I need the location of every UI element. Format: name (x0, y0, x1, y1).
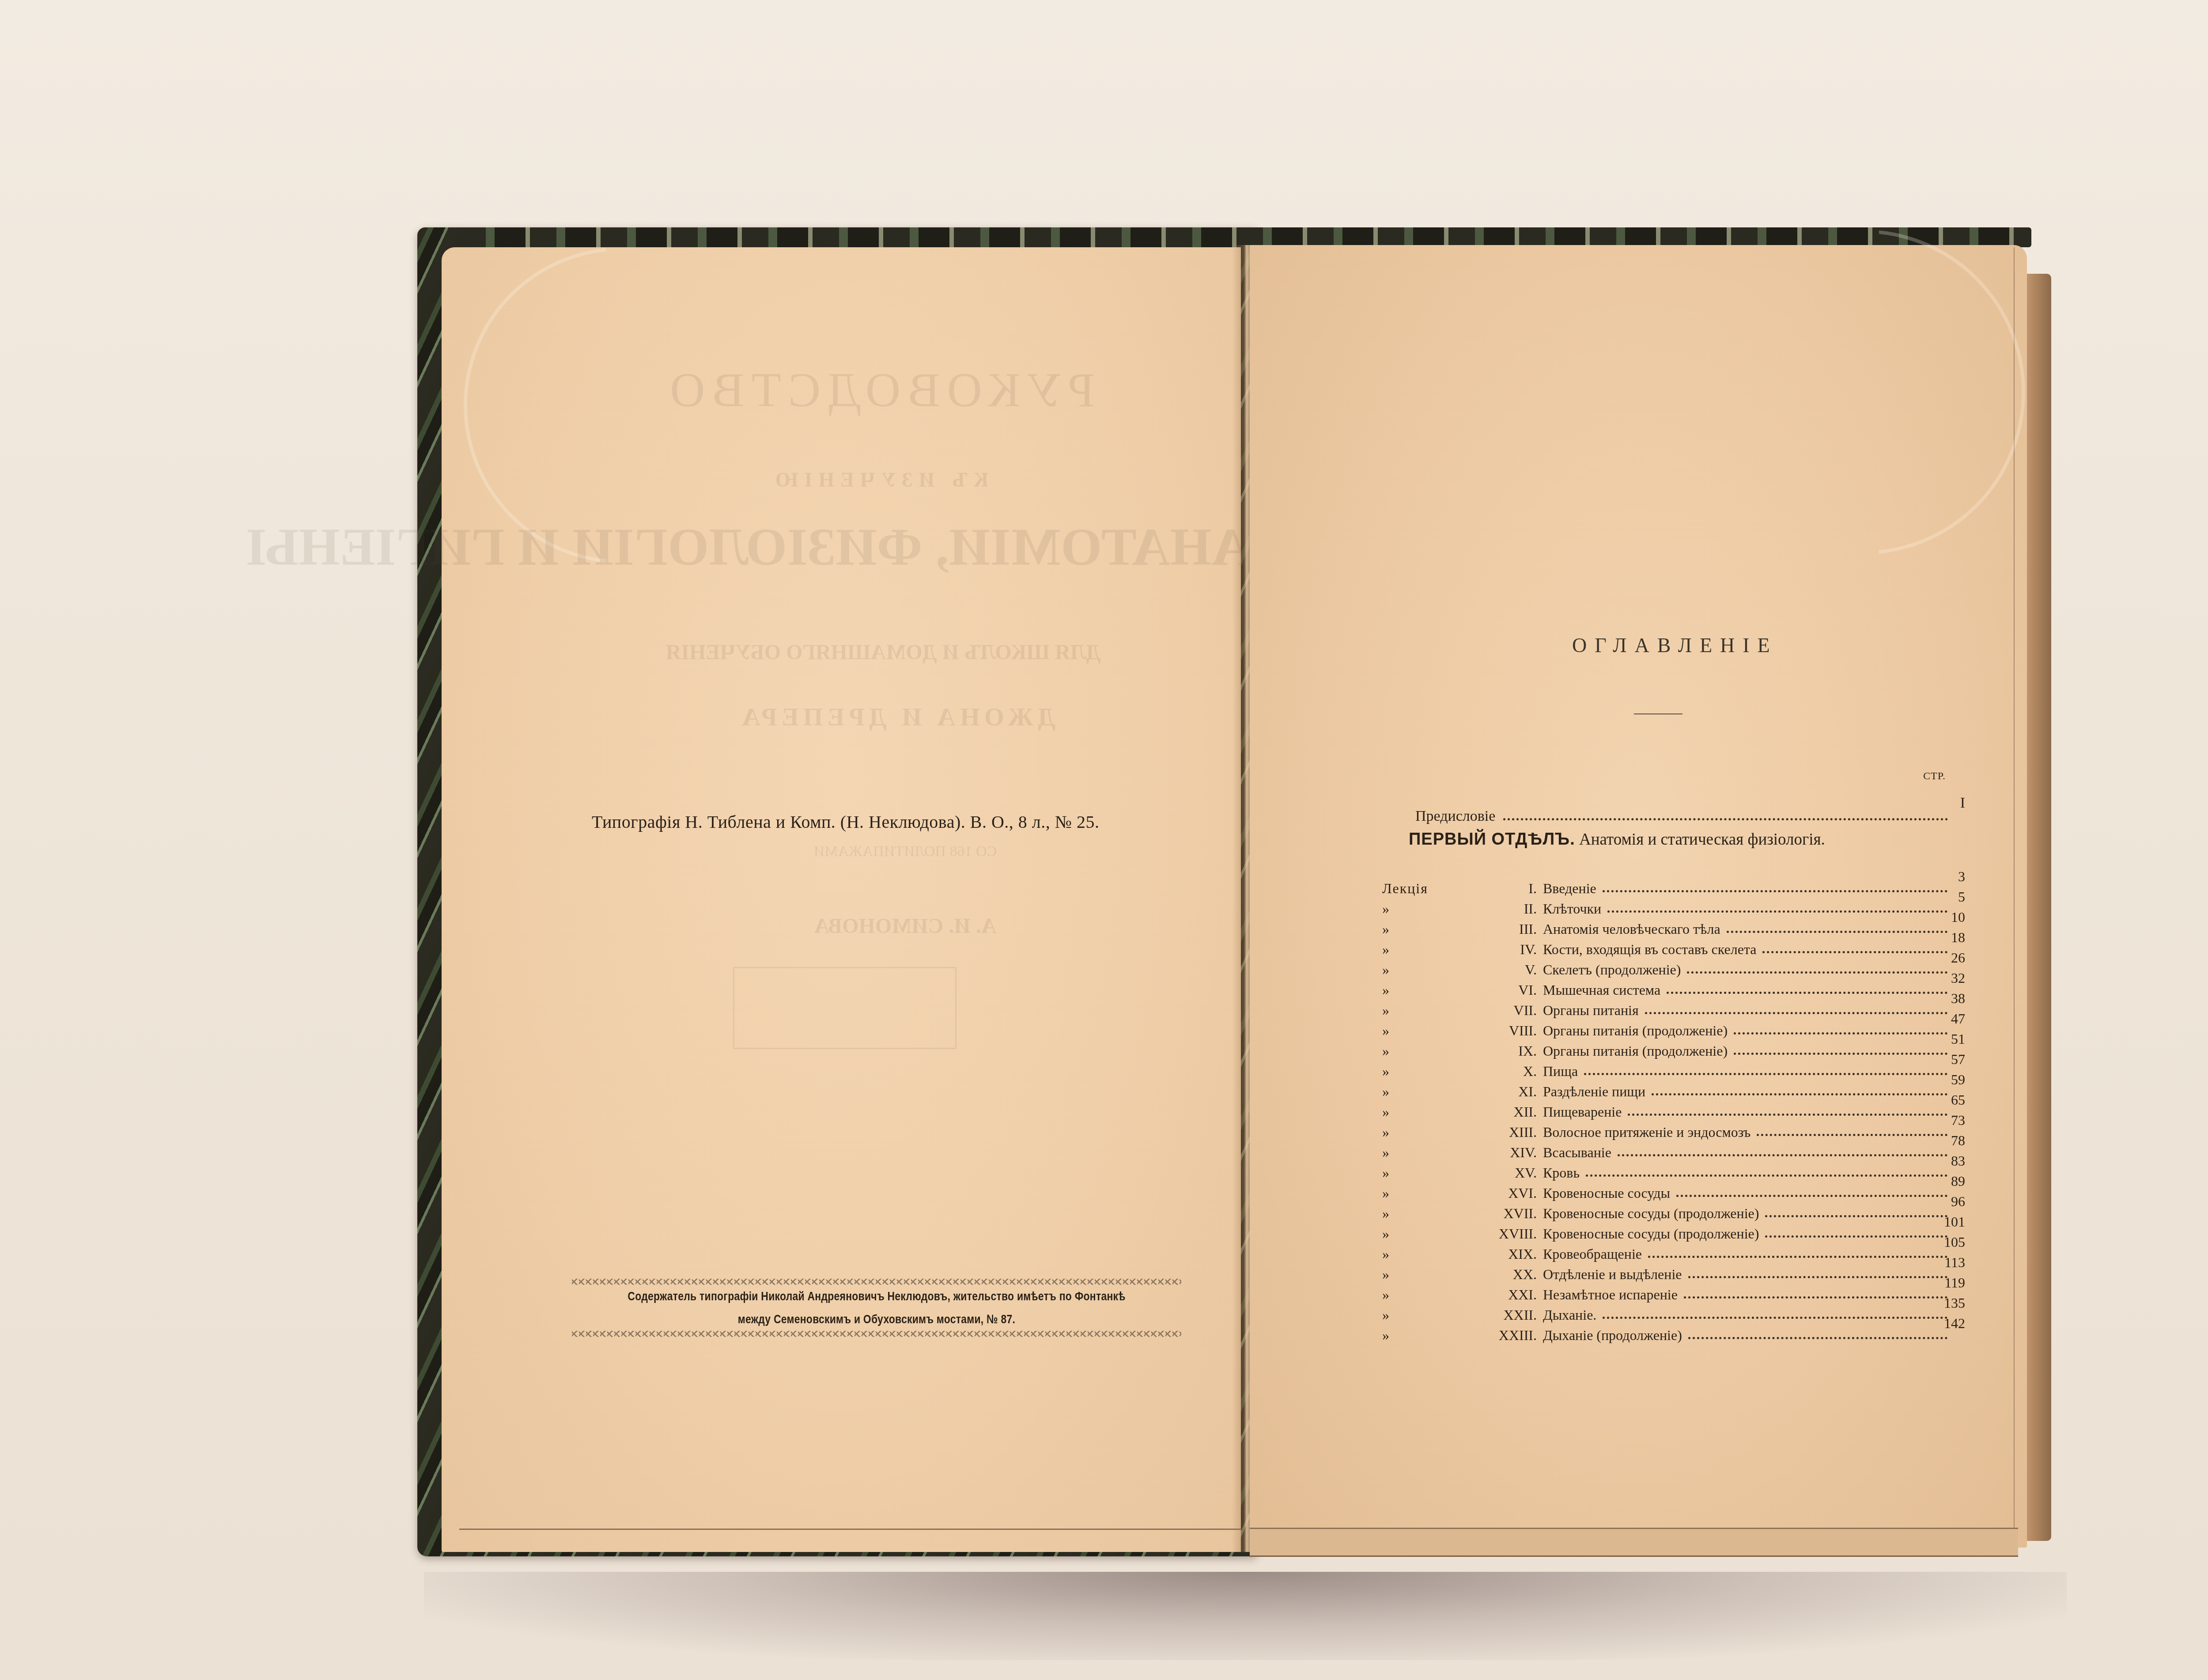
toc-entry-page: 47 (1934, 1011, 1965, 1027)
toc-entry-page: 142 (1934, 1315, 1965, 1332)
toc-entry-title: Скелетъ (продолженіе) (1543, 962, 1681, 978)
lecture-number: XXI. (1457, 1287, 1543, 1303)
toc-entry[interactable]: »XVI.Кровеносные сосуды89 (1382, 1181, 1965, 1201)
toc-entry[interactable]: »XIV.Всасываніе78 (1382, 1140, 1965, 1161)
leader-dots (1734, 1053, 1947, 1055)
toc-entry[interactable]: »IX.Органы питанія (продолженіе)51 (1382, 1039, 1965, 1059)
lecture-label: » (1382, 1104, 1457, 1120)
lecture-number: XXIII. (1457, 1327, 1543, 1344)
toc-entry-title: Дыханіе (продолженіе) (1543, 1327, 1682, 1344)
leader-dots (1676, 1195, 1947, 1197)
leader-dots (1757, 1134, 1947, 1136)
section-heading: ПЕРВЫЙ ОТДѢЛЪ. Анатомія и статическая фи… (1409, 830, 1825, 849)
toc-entry-page: 18 (1934, 929, 1965, 946)
toc-entry[interactable]: »XVIII.Кровеносные сосуды (продолженіе)1… (1382, 1222, 1965, 1242)
toc-entry-title: Кровеносные сосуды (1543, 1185, 1670, 1201)
lecture-number: XVIII. (1457, 1226, 1543, 1242)
toc-entry[interactable]: »XVII.Кровеносные сосуды (продолженіе)96 (1382, 1201, 1965, 1222)
toc-entry[interactable]: »VII.Органы питанія38 (1382, 998, 1965, 1019)
toc-entry[interactable]: »IV.Кости, входящія въ составъ скелета18 (1382, 937, 1965, 958)
lecture-label: » (1382, 1327, 1457, 1344)
lecture-number: XVI. (1457, 1185, 1543, 1201)
bleed-through-stamp (733, 967, 957, 1049)
leader-dots (1586, 1174, 1947, 1177)
toc-entry-page: 10 (1934, 909, 1965, 925)
toc-entry[interactable]: »XII.Пищевареніе65 (1382, 1100, 1965, 1120)
leader-dots (1584, 1073, 1947, 1075)
leader-dots (1684, 1296, 1947, 1299)
toc-entry-title: Волосное притяженіе и эндосмозъ (1543, 1124, 1751, 1140)
bleed-through-line: КЪ ИЗУЧЕНІЮ (658, 468, 1100, 491)
toc-entry-title: Кровеносные сосуды (продолженіе) (1543, 1226, 1759, 1242)
toc-entry-page: 113 (1934, 1254, 1965, 1271)
lecture-number: IX. (1457, 1043, 1543, 1059)
bleed-through-line: ДЛЯ ШКОЛЪ И ДОМАШНЯГО ОБУЧЕНІЯ (618, 640, 1148, 664)
lecture-label: » (1382, 1287, 1457, 1303)
lecture-number: XVII. (1457, 1205, 1543, 1222)
toc-entry-page: 65 (1934, 1092, 1965, 1108)
toc-entry[interactable]: »VI.Мышечная система32 (1382, 978, 1965, 998)
lecture-number: XIV. (1457, 1144, 1543, 1161)
leader-dots (1645, 1012, 1947, 1014)
lecture-label: » (1382, 1205, 1457, 1222)
toc-heading: ОГЛАВЛЕНІЕ (1572, 634, 1718, 657)
toc-entry-page: 26 (1934, 950, 1965, 966)
toc-entry-title: Органы питанія (продолженіе) (1543, 1043, 1728, 1059)
lecture-number: XX. (1457, 1266, 1543, 1283)
toc-entry-page: 32 (1934, 970, 1965, 986)
toc-entry-page: 57 (1934, 1051, 1965, 1068)
leader-dots (1607, 910, 1947, 913)
lecture-number: XXII. (1457, 1307, 1543, 1323)
section-subtitle: Анатомія и статическая физіологія. (1579, 831, 1825, 849)
toc-entry[interactable]: »XI.Раздѣленіе пищи59 (1382, 1080, 1965, 1100)
toc-entry-title: Пища (1543, 1063, 1578, 1080)
toc-entry-page: 89 (1934, 1173, 1965, 1189)
leader-dots (1688, 1276, 1948, 1278)
leader-dots (1652, 1093, 1947, 1095)
book-shadow (424, 1572, 2067, 1660)
lecture-number: X. (1457, 1063, 1543, 1080)
lecture-label: » (1382, 1043, 1457, 1059)
leader-dots (1688, 1337, 1947, 1339)
toc-entry-page: 105 (1934, 1234, 1965, 1250)
toc-list: ЛекціяI.Введеніе3 »II.Клѣточки5 »III.Ана… (1382, 876, 1965, 1344)
toc-entry-title: Введеніе (1543, 880, 1596, 897)
lecture-number: VII. (1457, 1002, 1543, 1019)
toc-entry[interactable]: »II.Клѣточки5 (1382, 897, 1965, 917)
lecture-number: XIX. (1457, 1246, 1543, 1262)
colophon: Содержатель типографіи Николай Андреянов… (572, 1279, 1181, 1337)
lecture-number: I. (1457, 880, 1543, 897)
leader-dots (1762, 951, 1947, 953)
left-page-fold-line (459, 1529, 1241, 1530)
toc-entry-title: Раздѣленіе пищи (1543, 1084, 1645, 1100)
toc-entry-page: 51 (1934, 1031, 1965, 1047)
toc-entry[interactable]: »III.Анатомія человѣческаго тѣла10 (1382, 917, 1965, 937)
toc-entry-title: Отдѣленіе и выдѣленіе (1543, 1266, 1682, 1283)
right-page-bottom-edges (1250, 1528, 2018, 1557)
toc-entry[interactable]: »XXII.Дыханіе.135 (1382, 1303, 1965, 1323)
toc-entry-title: Кости, входящія въ составъ скелета (1543, 941, 1756, 958)
section-name: ПЕРВЫЙ ОТДѢЛЪ. (1409, 830, 1575, 849)
lecture-number: XI. (1457, 1084, 1543, 1100)
colophon-line-2: между Семеновскимъ и Обуховскимъ мостами… (627, 1308, 1127, 1331)
bleed-through-line: А. И. СИМОНОВА (751, 914, 1060, 938)
toc-entry-page: 78 (1934, 1133, 1965, 1149)
lecture-number: V. (1457, 962, 1543, 978)
lecture-label: » (1382, 1165, 1457, 1181)
lecture-label: » (1382, 901, 1457, 917)
toc-entry-page: 3 (1934, 868, 1965, 885)
lecture-label: » (1382, 1124, 1457, 1140)
colophon-line-1: Содержатель типографіи Николай Андреянов… (627, 1285, 1127, 1308)
lecture-label: » (1382, 1084, 1457, 1100)
lecture-number: VIII. (1457, 1023, 1543, 1039)
lecture-label: » (1382, 1063, 1457, 1080)
lecture-label: » (1382, 1002, 1457, 1019)
toc-entry-title: Кровеобращеніе (1543, 1246, 1642, 1262)
heading-rule (1634, 714, 1682, 714)
lecture-number: VI. (1457, 982, 1543, 998)
bleed-through-line: ДЖОНА И ДРЕПЕРА (698, 702, 1095, 732)
bleed-through-title: РУКОВОДСТВО (658, 362, 1100, 418)
toc-entry-title: Кровеносные сосуды (продолженіе) (1543, 1205, 1759, 1222)
leader-dots (1765, 1215, 1947, 1217)
toc-entry-title: Незамѣтное испареніе (1543, 1287, 1678, 1303)
toc-entry-title: Кровь (1543, 1165, 1580, 1181)
toc-entry[interactable]: »XX.Отдѣленіе и выдѣленіе113 (1382, 1262, 1965, 1283)
ornament-zigzag-top (572, 1279, 1181, 1285)
lecture-label: » (1382, 1185, 1457, 1201)
toc-entry-page: 38 (1934, 990, 1965, 1007)
page-column-label: СТР. (1923, 770, 1946, 782)
toc-entry-title: Всасываніе (1543, 1144, 1611, 1161)
leader-dots (1618, 1154, 1947, 1156)
lecture-label: » (1382, 921, 1457, 937)
toc-entry-page: 73 (1934, 1112, 1965, 1129)
toc-entry-page: 96 (1934, 1193, 1965, 1210)
leader-dots (1765, 1235, 1947, 1238)
lecture-label: » (1382, 962, 1457, 978)
ornament-zigzag-bottom (572, 1331, 1181, 1337)
toc-entry-title: Дыханіе. (1543, 1307, 1596, 1323)
lecture-number: II. (1457, 901, 1543, 917)
toc-entry-title: Органы питанія (продолженіе) (1543, 1023, 1728, 1039)
bleed-through-line: АНАТОМІИ, ФИЗІОЛОГІИ И ГИГІЕНЫ (499, 517, 1250, 578)
toc-entry[interactable]: »XXIII.Дыханіе (продолженіе)142 (1382, 1323, 1965, 1344)
leader-dots (1727, 931, 1947, 933)
leader-dots (1603, 890, 1947, 892)
toc-entry-page: 83 (1934, 1153, 1965, 1169)
toc-entry[interactable]: »V.Скелетъ (продолженіе)26 (1382, 958, 1965, 978)
toc-entry[interactable]: »X.Пища57 (1382, 1059, 1965, 1080)
leader-dots (1503, 818, 1947, 820)
lecture-number: XII. (1457, 1104, 1543, 1120)
toc-entry[interactable]: »XIX.Кровеобращеніе105 (1382, 1242, 1965, 1262)
lecture-label: » (1382, 1023, 1457, 1039)
toc-entry-title: Пищевареніе (1543, 1104, 1622, 1120)
lecture-label: » (1382, 1246, 1457, 1262)
lecture-number: IV. (1457, 941, 1543, 958)
toc-entry-title: Анатомія человѣческаго тѣла (1543, 921, 1720, 937)
toc-entry[interactable]: »VIII.Органы питанія (продолженіе)47 (1382, 1019, 1965, 1039)
leader-dots (1667, 992, 1947, 994)
lecture-number: III. (1457, 921, 1543, 937)
lecture-label: » (1382, 1266, 1457, 1283)
toc-entry[interactable]: »XV.Кровь83 (1382, 1161, 1965, 1181)
toc-entry-title: Предисловіе (1415, 808, 1495, 825)
printer-imprint: Типографія Н. Тиблена и Комп. (Н. Неклюд… (592, 812, 1166, 832)
toc-entry-page: 5 (1934, 889, 1965, 905)
lecture-number: XV. (1457, 1165, 1543, 1181)
lecture-label: » (1382, 941, 1457, 958)
toc-entry-title: Клѣточки (1543, 901, 1601, 917)
toc-entry[interactable]: »XIII.Волосное притяженіе и эндосмозъ73 (1382, 1120, 1965, 1140)
toc-entry-page: I (1960, 795, 1965, 812)
leader-dots (1603, 1317, 1947, 1319)
toc-entry-page: 59 (1934, 1072, 1965, 1088)
toc-entry-page: 135 (1934, 1295, 1965, 1311)
lecture-number: XIII. (1457, 1124, 1543, 1140)
lecture-label: » (1382, 982, 1457, 998)
leader-dots (1734, 1032, 1947, 1034)
leader-dots (1648, 1256, 1947, 1258)
bleed-through-line: СО 168 ПОЛИТИПАЖАМИ (751, 843, 1060, 860)
lecture-label: » (1382, 1307, 1457, 1323)
leader-dots (1628, 1114, 1947, 1116)
toc-entry-page: 119 (1934, 1275, 1965, 1291)
toc-entry[interactable]: »XXI.Незамѣтное испареніе119 (1382, 1283, 1965, 1303)
toc-entry-title: Органы питанія (1543, 1002, 1639, 1019)
toc-entry-preface[interactable]: Предисловіе I (1415, 795, 1965, 825)
lecture-label: » (1382, 1226, 1457, 1242)
book-cover-top-edge (459, 227, 2031, 247)
lecture-label: » (1382, 1144, 1457, 1161)
toc-entry-page: 101 (1934, 1214, 1965, 1230)
leader-dots (1687, 971, 1947, 974)
toc-entry-title: Мышечная система (1543, 982, 1660, 998)
lecture-label: Лекція (1382, 880, 1457, 897)
toc-entry[interactable]: ЛекціяI.Введеніе3 (1382, 876, 1965, 897)
